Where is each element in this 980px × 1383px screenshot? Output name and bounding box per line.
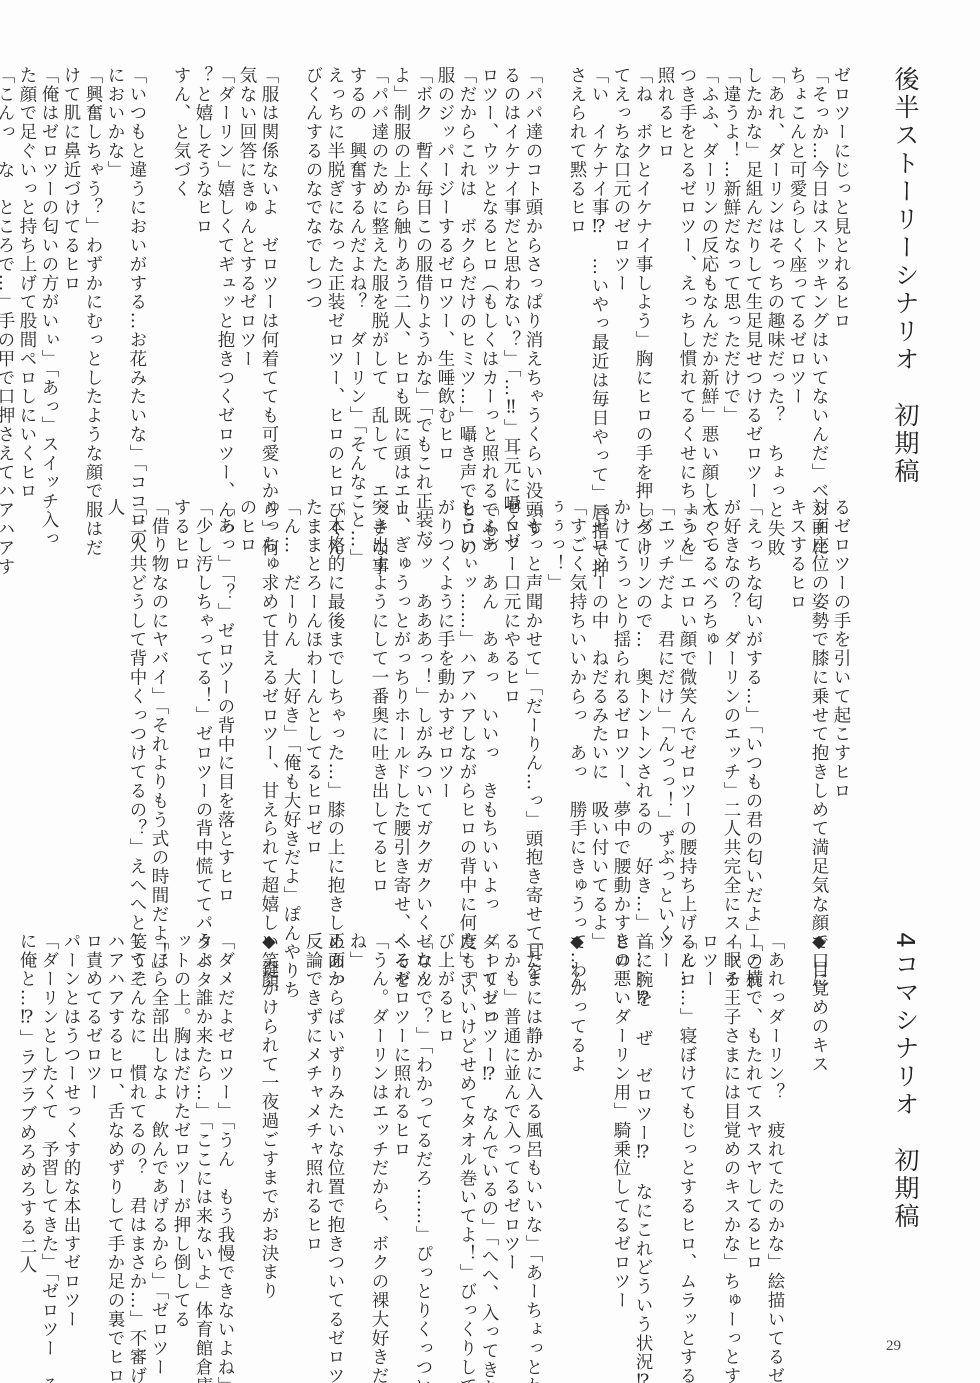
text-line: ゼロツーにじっと見とれるヒロ: [830, 66, 852, 481]
text-line: 「ボク 暫く毎日この服借りようかな」「でもこれ正装だ: [412, 66, 434, 481]
text-line: 「ダメだよゼロツー」「うん もう我慢できないよね」「違: [214, 932, 236, 1327]
text-line: 「本格的に最後までしちゃった…」膝の上に抱きしめあっ: [324, 498, 346, 913]
heading-gap: [236, 932, 258, 1327]
text-line: ゼロツー口元にやるヒロ: [500, 498, 522, 913]
text-line: 対面座位の姿勢で膝に乗せて抱きしめて満足気な顔で口に: [808, 498, 830, 913]
text-line: に俺と…⁉」ラブラブめろめろする二人: [16, 932, 38, 1327]
text-line: ロツー: [698, 932, 720, 1327]
text-line: 「パパ達のために整えた服を脱がして 乱して エッチな事: [368, 66, 390, 481]
paragraph-gap: [280, 932, 302, 1327]
text-line: 「パパ達のコト頭からさっぱり消えちゃうくらい没頭す: [522, 66, 544, 481]
scenario-heading: ◆ 鍵かけられて一夜過ごすまでがお決まり: [258, 932, 280, 1327]
text-line: うよ 誰か来たら…」「ここには来ないよ」体育館倉庫、マ: [192, 932, 214, 1327]
text-line: 「い イケナイ事⁉ …いやっ最近は毎日やって」唇指で押: [588, 66, 610, 481]
scenario-heading-text: 目覚めのキス: [809, 960, 829, 1073]
diamond-bullet-icon: ◆: [259, 932, 279, 960]
paragraph-gap: [148, 66, 170, 481]
text-line: 「違うよ！…新鮮だなって思っただけで」: [720, 66, 742, 481]
text-line: するヒロ: [170, 498, 192, 913]
text-line: たままとろーんほわーんとしてるヒロゼロ: [302, 498, 324, 913]
text-line: 「こんっ な ところで…」手の甲で口押さえてハアハアす: [0, 66, 16, 481]
text-line: がりつくように手を動かすゼロツー: [434, 498, 456, 913]
4koma-scenarios: ◆ 目覚めのキス「あれっダーリン？ 疲れてたのかな」絵描いてるゼロツーの横で、も…: [16, 932, 852, 1327]
text-line: 「興奮しちゃう？」わずかにむっとしたような顔で服はだ: [82, 66, 104, 481]
text-line: するの 興奮するんだよね？ ダーリン」「そんなこと…」: [346, 66, 368, 481]
text-line: かけてうっとり揺られるゼロツー、夢中で腰動かすヒロ: [610, 498, 632, 913]
text-line: 「すごく気持ちいいからっ あっ 勝手にきゅうって…ん: [566, 498, 588, 913]
scenario-heading: ◆ わかってるよ: [566, 932, 588, 1327]
text-line: 気ない回答にきゅんとするゼロツー: [236, 66, 258, 481]
text-line: パーンとはうつーせっくす的な本出すゼロツー: [60, 932, 82, 1327]
text-line: けて肌に鼻近づけてるヒロ: [60, 66, 82, 481]
text-line: ゅっちゅ求めて甘えるゼロツー、甘えられて超嬉しい笑顔: [258, 498, 280, 913]
scenario-heading-text: わかってるよ: [567, 960, 587, 1073]
scenario-heading: ◆ 目覚めのキス: [808, 932, 830, 1327]
text-line: えっちに半脱ぎになった正装ゼロツー、ヒロのヒロびくん: [324, 66, 346, 481]
text-line: ロツー、ウッとなるヒロ（もしくはカーっと照れるでも）: [478, 66, 500, 481]
text-line: ね」: [346, 932, 368, 1327]
text-line: ットの上。胸はだけたゼロツーが押し倒してる: [170, 932, 192, 1327]
text-line: 「ふふ、ダーリンの反応もなんだか新鮮」悪い顔してくっ: [698, 66, 720, 481]
text-line: もういぃッ……」ハアハアしながらヒロの背中に何度もす: [456, 498, 478, 913]
text-line: ちょこんと可愛らしく座ってるゼロツー: [786, 66, 808, 481]
text-line: くるゼロツーに照れるヒロ: [390, 932, 412, 1327]
text-line: 「ほら全部出しなよ 飲んであげるから」「ゼロツー どう: [148, 932, 170, 1327]
paragraph-gap: [764, 498, 786, 913]
text-line: ツー: [654, 932, 676, 1327]
text-line: るかも」普通に並んで入ってるゼロツー: [500, 932, 522, 1327]
text-line: 「そっか…今日はストッキングはいてないんだ」ベンチに: [808, 66, 830, 481]
text-line: ？と嬉しそうなヒロ: [192, 66, 214, 481]
text-line: 「あっ」「？」ゼロツーの背中に目を落とすヒロ: [214, 498, 236, 913]
text-line: ハアハアするヒロ、舌なめずりして手か足の裏でヒロのヒ: [104, 932, 126, 1327]
text-line: 人: [104, 498, 126, 913]
text-line: ーの横で、もたれてスヤスヤしてるヒロ: [742, 932, 764, 1327]
text-line: 「服は関係ないよ ゼロツーは何着てても可愛いから」何: [258, 66, 280, 481]
text-line: 「 ッッ あああっ！」しがみついてガクガクいくゼロツ: [412, 498, 434, 913]
text-line: 「ダーリン」嬉しくてギュッと抱きつくゼロツー、んっ: [214, 66, 236, 481]
scenario-text-middle: るゼロツーの手を引いて起こすヒロ対面座位の姿勢で膝に乗せて抱きしめて満足気な顔で…: [104, 498, 852, 913]
text-line: ー、ぎゅうっとがっちりホールドした腰引き寄せ、へそを: [390, 498, 412, 913]
text-line: 「ん……」寝ぼけてもじっとするヒロ、ムラッとするゼロ: [676, 932, 698, 1327]
text-line: るゼロツーの手を引いて起こすヒロ: [830, 498, 852, 913]
paragraph-gap: [346, 498, 368, 913]
text-line: 「俺はゼロツーの匂いの方がいぃ」「あっ」スイッチ入っ: [38, 66, 60, 481]
text-line: た」「いいけどせめてタオル巻いてよ！」びっくりして飛: [456, 932, 478, 1327]
text-line: キスするヒロ: [786, 498, 808, 913]
text-line: のヒロ: [236, 498, 258, 913]
text-line: 「眠る王子さまには目覚めのキスかな」ちゅーっとするゼ: [720, 932, 742, 1327]
text-line: た顔で足ぐいっと持ち上げて股間ペロしにいくヒロ: [16, 66, 38, 481]
paragraph-gap: [280, 66, 302, 481]
scenario-heading-text: 鍵かけられて一夜過ごすまでがお決まり: [259, 960, 279, 1300]
diamond-bullet-icon: ◆: [809, 932, 829, 960]
heading-gap: [786, 932, 808, 1327]
text-line: 「エッチだよ 君にだけ」「んっっ！」ずぶっといく: [654, 498, 676, 913]
text-line: ロ責めてるゼロツー: [82, 932, 104, 1327]
text-line: 反論できずにメチャメチャ照れるヒロ: [302, 932, 324, 1327]
text-line: つき手をとるゼロツー、えっちし慣れてるくせにちょっと: [676, 66, 698, 481]
text-line: きの悪いダーリン用」騎乗位してるゼロツー: [610, 932, 632, 1327]
text-line: よ」制服の上から触りあう二人、ヒロも既に頭はエロ: [390, 66, 412, 481]
text-line: 「ふあ あん あぁっ いいっ きもちいいよっ ダーリンっ: [478, 498, 500, 913]
paragraph-gap: [544, 66, 566, 481]
heading-gap: [544, 932, 566, 1327]
text-line: 「えっちな匂いがする…」「いつもの君の匂いだよ」「これ: [742, 498, 764, 913]
text-line: 「二人共どうして背中くっつけてるの？」えへへと笑う二: [126, 498, 148, 913]
section-title-latter-story: 後半ストーリーシナリオ 初期稿: [893, 66, 918, 486]
text-line: るのはイケナイ事だと思わない？」「…‼」耳元に囁くゼ: [500, 66, 522, 481]
text-line: 服のジッパージーするゼロツー、生唾飲むヒロ: [434, 66, 456, 481]
text-line: 入ってるべろちゅー: [698, 498, 720, 913]
text-line: 「借り物なのにヤバイ」「それよりもう式の時間だよ！」: [148, 498, 170, 913]
text-line: 「……⁉ ぜ ゼロツー⁉ なにこれどういう状況⁉」「寝起: [632, 932, 654, 1327]
section-title-4koma: 4コマシナリオ 初期稿: [893, 932, 918, 1231]
text-line: 「ダーリンとしたくて 予習してきた」「ゼロツー そんな: [38, 932, 60, 1327]
text-line: 「もっと声聞かせて」「だーりん…っ」頭抱き寄せて耳を: [522, 498, 544, 913]
text-line: てえっちな口元のゼロツー: [610, 66, 632, 481]
text-line: 「ってゼロツー⁉ なんでいるの」「へへ、入ってきちゃっ: [478, 932, 500, 1327]
paragraph-gap: [588, 932, 610, 1327]
text-line: 正面からぱいずりみたいな位置で抱きついてるゼロツー: [324, 932, 346, 1327]
text-line: ぅぅっ！」: [544, 498, 566, 913]
text-line: においかな」: [104, 66, 126, 481]
text-line: びくんするのなでなでしつつ: [302, 66, 324, 481]
diamond-bullet-icon: ◆: [567, 932, 587, 960]
text-line: 「いつもと違うにおいがする…お花みたいな」「ココロの: [126, 66, 148, 481]
title-spacer: [830, 932, 852, 1327]
text-line: 「だからこれは ボクらだけのヒミツ…」囁き声でヒロの: [456, 66, 478, 481]
text-line: 突き出すようにして一番奥に吐き出してるヒロ: [368, 498, 390, 913]
text-line: 「ん… だーりん 大好き」「俺も大好きだよ」ぽんやりち: [280, 498, 302, 913]
text-line: 「たまには静かに入る風呂もいいな」「あーちょっとわか: [522, 932, 544, 1327]
text-line: 「あれっダーリン？ 疲れてたのかな」絵描いてるゼロツ: [764, 932, 786, 1327]
page-number: 29: [886, 1338, 901, 1355]
text-line: すん、と気づく: [170, 66, 192, 481]
text-line: 「ダーリンので… 奥トントンされるの 好き…」首に腕を: [632, 498, 654, 913]
text-line: 照れるヒロ: [654, 66, 676, 481]
text-line: 「あれ、ダーリンはそっちの趣味だった？ ちょっと失敗: [764, 66, 786, 481]
text-line: さえられて黙るヒロ: [566, 66, 588, 481]
text-line: び上がるヒロ: [434, 932, 456, 1327]
text-line: 「なんで？」「わかってるだろ……」ぴっとりくっついて: [412, 932, 434, 1327]
text-line: してそんなに 慣れてるの？ 君はまさか…」不審げな顔で: [126, 932, 148, 1327]
text-line: 「ね ボクとイケナイ事しよう」胸にヒロの手を押しつけ: [632, 66, 654, 481]
text-line: 「ゼロツーの中 ねだるみたいに 吸い付いてるよ」: [588, 498, 610, 913]
text-line: が好きなの？ ダーリンのエッチ」二人共完全にスイッチ: [720, 498, 742, 913]
scenario-text-top: ゼロツーにじっと見とれるヒロ「そっか…今日はストッキングはいてないんだ」ベンチに…: [0, 66, 852, 481]
text-line: したかな」足組んだりして生足見せつけるゼロツー: [742, 66, 764, 481]
text-line: 「うん。ダーリンはエッチだから、ボクの裸大好きだよ: [368, 932, 390, 1327]
text-line: 「少し汚しちゃってる！」ゼロツーの背中慌ててパタパタ: [192, 498, 214, 913]
text-line: 「うん」エロい顔で微笑んでゼロツーの腰持ち上げるヒロ: [676, 498, 698, 913]
